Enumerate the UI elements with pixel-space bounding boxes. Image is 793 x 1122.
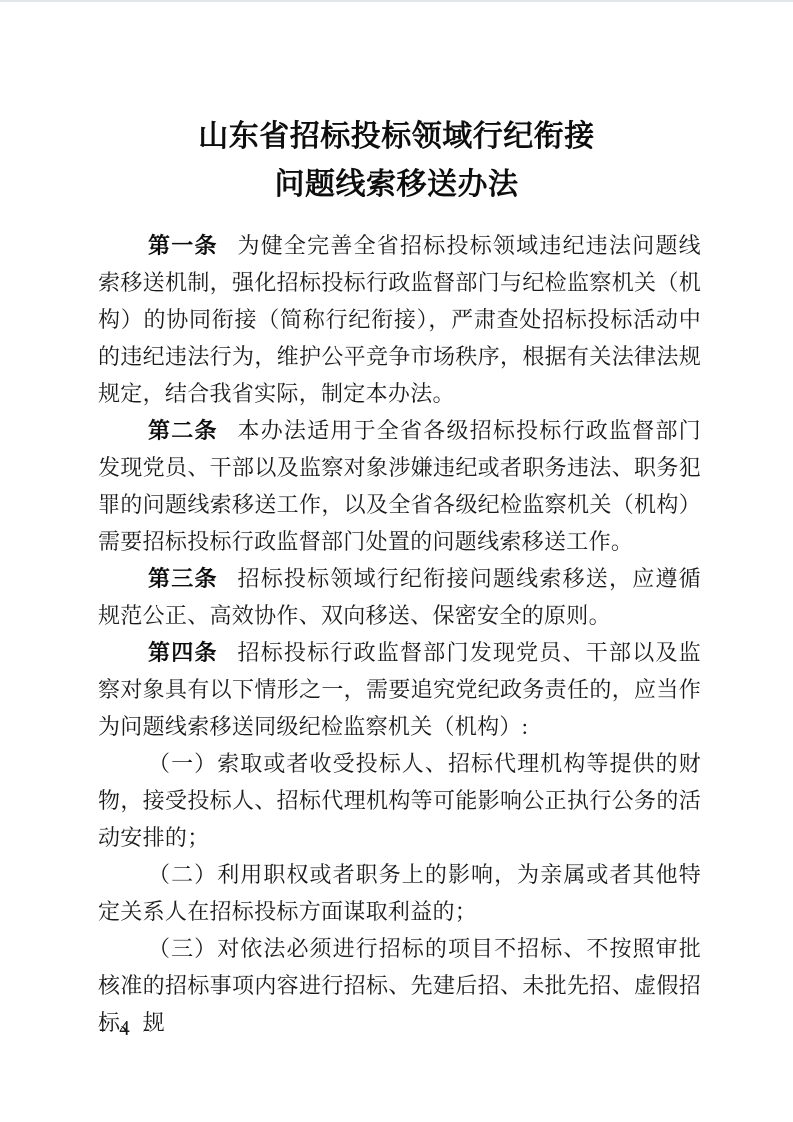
article-3-label: 第三条 [148,566,218,591]
paragraph-item-1: （一）索取或者收受投标人、招标代理机构等提供的财物，接受投标人、招标代理机构等可… [98,745,701,856]
document-body: 第一条为健全完善全省招标投标领域违纪违法问题线索移送机制，强化招标投标行政监督部… [98,227,701,1041]
paragraph-article-3: 第三条招标投标领域行纪衔接问题线索移送，应遵循规范公正、高效协作、双向移送、保密… [98,560,701,634]
page-number: - 4 - [99,1016,154,1041]
article-4-label: 第四条 [148,640,218,665]
article-1-label: 第一条 [148,233,218,258]
document-title-line-2: 问题线索移送办法 [0,161,793,209]
scan-edge-artifact [0,0,793,2]
paragraph-article-2: 第二条本办法适用于全省各级招标投标行政监督部门发现党员、干部以及监察对象涉嫌违纪… [98,412,701,560]
paragraph-article-1: 第一条为健全完善全省招标投标领域违纪违法问题线索移送机制，强化招标投标行政监督部… [98,227,701,412]
paragraph-item-3: （三）对依法必须进行招标的项目不招标、不按照审批核准的招标事项内容进行招标、先建… [98,930,701,1041]
document-title: 山东省招标投标领域行纪衔接 问题线索移送办法 [0,113,793,209]
article-2-label: 第二条 [148,418,218,443]
article-1-text: 为健全完善全省招标投标领域违纪违法问题线索移送机制，强化招标投标行政监督部门与纪… [98,233,701,406]
document-title-line-1: 山东省招标投标领域行纪衔接 [0,113,793,161]
paragraph-item-2: （二）利用职权或者职务上的影响，为亲属或者其他特定关系人在招标投标方面谋取利益的… [98,856,701,930]
item-2-text: （二）利用职权或者职务上的影响，为亲属或者其他特定关系人在招标投标方面谋取利益的… [98,862,701,924]
document-page: 山东省招标投标领域行纪衔接 问题线索移送办法 第一条为健全完善全省招标投标领域违… [0,0,793,1122]
item-3-text: （三）对依法必须进行招标的项目不招标、不按照审批核准的招标事项内容进行招标、先建… [98,936,701,1035]
paragraph-article-4: 第四条招标投标行政监督部门发现党员、干部以及监察对象具有以下情形之一，需要追究党… [98,634,701,745]
item-1-text: （一）索取或者收受投标人、招标代理机构等提供的财物，接受投标人、招标代理机构等可… [98,751,701,850]
